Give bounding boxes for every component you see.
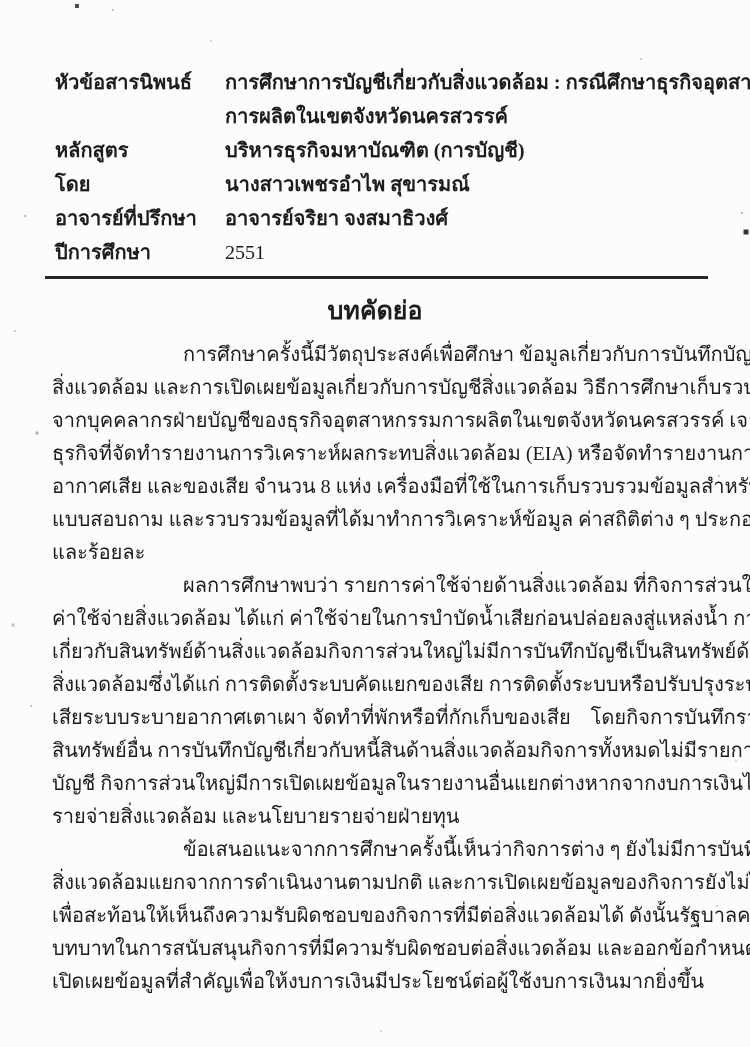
text-line: เปิดเผยข้อมูลที่สำคัญเพื่อให้งบการเงินมี… — [52, 966, 730, 999]
text-line: สิ่งแวดล้อมแยกจากการดำเนินงานตามปกติ และ… — [52, 867, 730, 900]
advisor-label: อาจารย์ที่ปรึกษา — [55, 202, 225, 236]
text-line: เกี่ยวกับสินทรัพย์ด้านสิ่งแวดล้อมกิจการส… — [52, 636, 730, 669]
text-line: สิ่งแวดล้อม และการเปิดเผยข้อมูลเกี่ยวกับ… — [52, 372, 730, 405]
paragraph-methodology: การศึกษาครั้งนี้มีวัตถุประสงค์เพื่อศึกษา… — [52, 339, 730, 570]
paragraph-recommendations: ข้อเสนอแนะจากการศึกษาครั้งนี้เห็นว่ากิจก… — [52, 834, 730, 999]
scan-noise-speckles — [0, 0, 2, 2]
author-value: นางสาวเพชรอำไพ สุขารมณ์ — [225, 168, 470, 202]
program-label: หลักสูตร — [55, 134, 225, 168]
academic-year-value: 2551 — [225, 236, 265, 270]
text-line: อากาศเสีย และของเสีย จำนวน 8 แห่ง เครื่อ… — [52, 471, 730, 504]
abstract-heading: บทคัดย่อ — [0, 295, 750, 329]
program-value: บริหารธุรกิจมหาบัณฑิต (การบัญชี) — [225, 134, 525, 168]
text-line: แบบสอบถาม และรวบรวมข้อมูลที่ได้มาทำการวิ… — [52, 504, 730, 537]
text-line: บทบาทในการสนับสนุนกิจการที่มีความรับผิดช… — [52, 933, 730, 966]
text-line: สินทรัพย์อื่น การบันทึกบัญชีเกี่ยวกับหนี… — [52, 735, 730, 768]
header-row-thesis-title: หัวข้อสารนิพนธ์ การศึกษาการบัญชีเกี่ยวกั… — [55, 66, 720, 134]
paragraph-findings: ผลการศึกษาพบว่า รายการค่าใช้จ่ายด้านสิ่ง… — [52, 570, 730, 834]
header-row-advisor: อาจารย์ที่ปรึกษา อาจารย์จริยา จงสมาธิวงศ… — [55, 202, 720, 236]
text-line: เพื่อสะท้อนให้เห็นถึงความรับผิดชอบของกิจ… — [52, 900, 730, 933]
title-block: หัวข้อสารนิพนธ์ การศึกษาการบัญชีเกี่ยวกั… — [55, 0, 720, 270]
text-line: ข้อเสนอแนะจากการศึกษาครั้งนี้เห็นว่ากิจก… — [52, 834, 730, 867]
text-line: บัญชี กิจการส่วนใหญ่มีการเปิดเผยข้อมูลใน… — [52, 768, 730, 801]
thesis-title-value: การศึกษาการบัญชีเกี่ยวกับสิ่งแวดล้อม : ก… — [225, 66, 750, 134]
header-row-academic-year: ปีการศึกษา 2551 — [55, 236, 720, 270]
header-row-program: หลักสูตร บริหารธุรกิจมหาบัณฑิต (การบัญชี… — [55, 134, 720, 168]
abstract-body: การศึกษาครั้งนี้มีวัตถุประสงค์เพื่อศึกษา… — [52, 339, 730, 999]
text-line: เสียระบบระบายอากาศเตาเผา จัดทำที่พักหรือ… — [52, 702, 730, 735]
advisor-value: อาจารย์จริยา จงสมาธิวงศ์ — [225, 202, 448, 236]
text-line: การผลิตในเขตจังหวัดนครสวรรค์ — [225, 100, 750, 134]
thesis-title-label: หัวข้อสารนิพนธ์ — [55, 66, 225, 100]
text-line: และร้อยละ — [52, 537, 730, 570]
author-label: โดย — [55, 168, 225, 202]
divider-line — [45, 276, 708, 279]
text-line: การศึกษาครั้งนี้มีวัตถุประสงค์เพื่อศึกษา… — [52, 339, 730, 372]
text-line: ผลการศึกษาพบว่า รายการค่าใช้จ่ายด้านสิ่ง… — [52, 570, 730, 603]
text-line: สิ่งแวดล้อมซึ่งได้แก่ การติดตั้งระบบคัดแ… — [52, 669, 730, 702]
academic-year-label: ปีการศึกษา — [55, 236, 225, 270]
text-line: รายจ่ายสิ่งแวดล้อม และนโยบายรายจ่ายฝ่ายท… — [52, 801, 730, 834]
scanned-thesis-page: หัวข้อสารนิพนธ์ การศึกษาการบัญชีเกี่ยวกั… — [0, 0, 750, 1047]
text-line: ธุรกิจที่จัดทำรายงานการวิเคราะห์ผลกระทบส… — [52, 438, 730, 471]
header-row-author: โดย นางสาวเพชรอำไพ สุขารมณ์ — [55, 168, 720, 202]
text-line: การศึกษาการบัญชีเกี่ยวกับสิ่งแวดล้อม : ก… — [225, 66, 750, 100]
text-line: ค่าใช้จ่ายสิ่งแวดล้อม ได้แก่ ค่าใช้จ่ายใ… — [52, 603, 730, 636]
text-line: จากบุคคลากรฝ่ายบัญชีของธุรกิจอุตสาหกรรมก… — [52, 405, 730, 438]
